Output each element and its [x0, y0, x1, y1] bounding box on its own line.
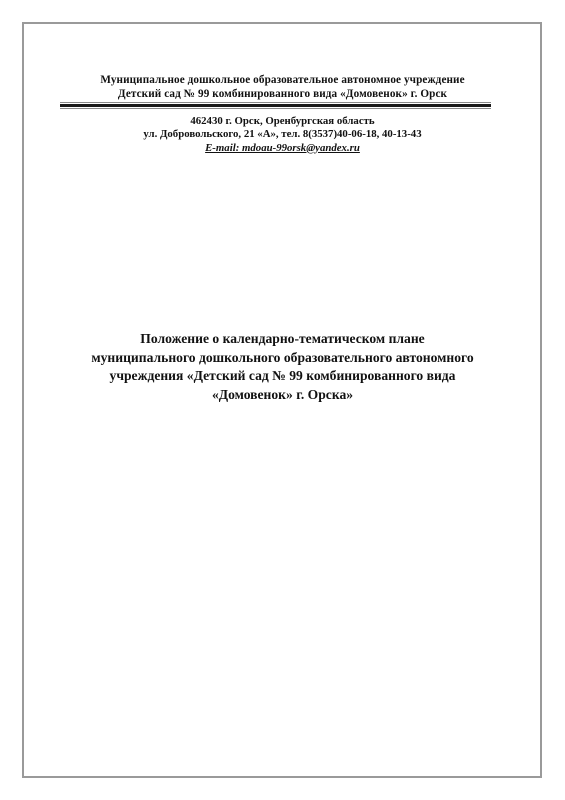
title-line-1: Положение о календарно-тематическом план… — [0, 330, 565, 349]
document-title: Положение о календарно-тематическом план… — [0, 330, 565, 404]
title-line-2: муниципального дошкольного образовательн… — [0, 349, 565, 368]
email-link[interactable]: E-mail: mdoau-99orsk@yandex.ru — [205, 142, 360, 154]
institution-header: Муниципальное дошкольное образовательное… — [0, 73, 565, 101]
postal-address: 462430 г. Орск, Оренбургская область — [0, 115, 565, 128]
institution-name-line-2: Детский сад № 99 комбинированного вида «… — [0, 87, 565, 101]
rule-thin-top — [60, 102, 491, 103]
institution-name-line-1: Муниципальное дошкольное образовательное… — [0, 73, 565, 87]
title-line-4: «Домовенок» г. Орска» — [0, 386, 565, 405]
rule-thick-middle — [60, 104, 491, 107]
street-and-phone: ул. Добровольского, 21 «А», тел. 8(3537)… — [0, 128, 565, 141]
title-line-3: учреждения «Детский сад № 99 комбинирова… — [0, 367, 565, 386]
header-double-rule — [60, 102, 491, 109]
contact-block: 462430 г. Орск, Оренбургская область ул.… — [0, 115, 565, 155]
rule-thin-bottom — [60, 108, 491, 109]
